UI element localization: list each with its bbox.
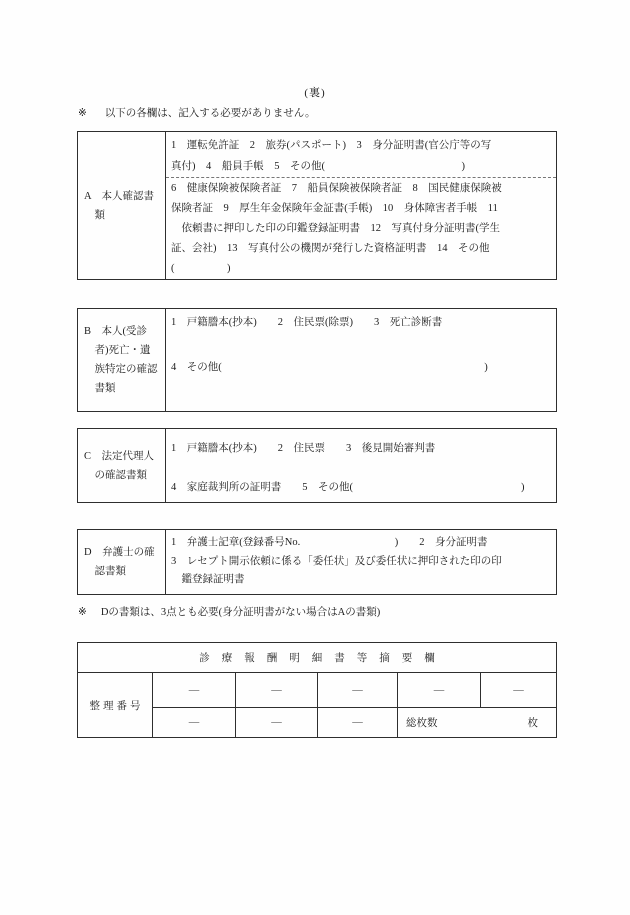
cell-line: ( ) [171,259,553,279]
table-d-label: D 弁護士の確 認書類 [78,530,166,594]
note-asterisk: ※ [78,108,87,119]
total-sheets-cell: 総枚数 枚 [397,707,556,737]
table-a-content: 1 運転免許証 2 旅券(パスポート) 3 身分証明書(官公庁等の写 真付) 4… [166,132,556,279]
summary-cell-dash: — [235,673,317,707]
top-note-text: 以下の各欄は、記入する必要がありません。 [105,108,316,119]
label-line: の確認書類 [84,466,165,485]
table-b-content: 1 戸籍謄本(抄本) 2 住民票(除票) 3 死亡診断書 4 その他( ) [166,309,556,411]
page-title: (裏) [0,84,630,100]
cell-line: 1 戸籍謄本(抄本) 2 住民票 3 後見開始審判書 [171,438,553,459]
summary-cell-dash: — [152,673,235,707]
table-c-label: C 法定代理人 の確認書類 [78,429,166,502]
table-b-death-bereaved-documents: B 本人(受診 者)死亡・遺 族特定の確認 書類 1 戸籍謄本(抄本) 2 住民… [77,308,557,412]
cell-line: 保険者証 9 厚生年金保険年金証書(手帳) 10 身体障害者手帳 11 [171,199,553,219]
d-note-text: Dの書類は、3点とも必要(身分証明書がない場合はAの書類) [101,607,380,618]
label-line: 書類 [84,379,165,398]
cell-line: 6 健康保険被保険者証 7 船員保険被保険者証 8 国民健康保険被 [171,179,553,199]
top-note: ※以下の各欄は、記入する必要がありません。 [78,105,315,120]
table-c-content: 1 戸籍謄本(抄本) 2 住民票 3 後見開始審判書 4 家庭裁判所の証明書 5… [166,429,556,502]
label-line: 類 [84,206,165,225]
label-line: B 本人(受診 [84,322,165,341]
summary-cell-dash: — [317,673,397,707]
table-d-lawyer-documents: D 弁護士の確 認書類 1 弁護士記章(登録番号No. ) 2 身分証明書 3 … [77,529,557,595]
table-a-section-2: 6 健康保険被保険者証 7 船員保険被保険者証 8 国民健康保険被 保険者証 9… [166,178,556,279]
label-line: 者)死亡・遺 [84,341,165,360]
document-page: (裏) ※以下の各欄は、記入する必要がありません。 A 本人確認書 類 1 運転… [0,0,630,915]
reference-number-label: 整理番号 [78,673,152,737]
cell-line: 1 運転免許証 2 旅券(パスポート) 3 身分証明書(官公庁等の写 [171,135,553,156]
label-line: C 法定代理人 [84,447,165,466]
cell-line: 4 その他( ) [171,357,553,378]
table-a-label: A 本人確認書 類 [78,132,166,279]
label-line: 族特定の確認 [84,360,165,379]
summary-cell-dash: — [152,707,235,737]
label-line: A 本人確認書 [84,187,165,206]
cell-line: 依頼書に押印した印の印鑑登録証明書 12 写真付身分証明書(学生 [171,219,553,239]
total-sheets-unit: 枚 [528,715,539,730]
summary-table-receipt-remarks: 診療報酬明細書等摘要欄 整理番号 — — — — — — — — 総枚数 枚 [77,642,557,738]
label-line: 認書類 [84,562,165,581]
summary-table-header: 診療報酬明細書等摘要欄 [78,643,556,673]
table-d-content: 1 弁護士記章(登録番号No. ) 2 身分証明書 3 レセプト開示依頼に係る「… [166,530,556,594]
label-line: D 弁護士の確 [84,543,165,562]
total-sheets-label: 総枚数 [406,715,438,730]
cell-line: 1 弁護士記章(登録番号No. ) 2 身分証明書 [171,534,553,553]
cell-line: 3 レセプト開示依頼に係る「委任状」及び委任状に押印された印の印 [171,553,553,572]
summary-cell-dash: — [235,707,317,737]
note-asterisk: ※ [78,607,87,618]
cell-line: 真付) 4 船員手帳 5 その他( ) [171,156,553,177]
cell-line: 1 戸籍謄本(抄本) 2 住民票(除票) 3 死亡診断書 [171,312,553,333]
summary-cell-dash: — [317,707,397,737]
summary-cell-dash: — [397,673,480,707]
cell-line: 証、会社) 13 写真付公の機関が発行した資格証明書 14 その他 [171,239,553,259]
cell-line: 鑑登録証明書 [171,571,553,590]
table-a-identity-documents: A 本人確認書 類 1 運転免許証 2 旅券(パスポート) 3 身分証明書(官公… [77,131,557,280]
summary-cell-dash: — [480,673,556,707]
cell-line: 4 家庭裁判所の証明書 5 その他( ) [171,477,553,498]
d-requirement-note: ※Dの書類は、3点とも必要(身分証明書がない場合はAの書類) [78,604,380,619]
table-a-section-1: 1 運転免許証 2 旅券(パスポート) 3 身分証明書(官公庁等の写 真付) 4… [166,132,556,178]
table-b-label: B 本人(受診 者)死亡・遺 族特定の確認 書類 [78,309,166,411]
table-c-legal-representative-documents: C 法定代理人 の確認書類 1 戸籍謄本(抄本) 2 住民票 3 後見開始審判書… [77,428,557,503]
